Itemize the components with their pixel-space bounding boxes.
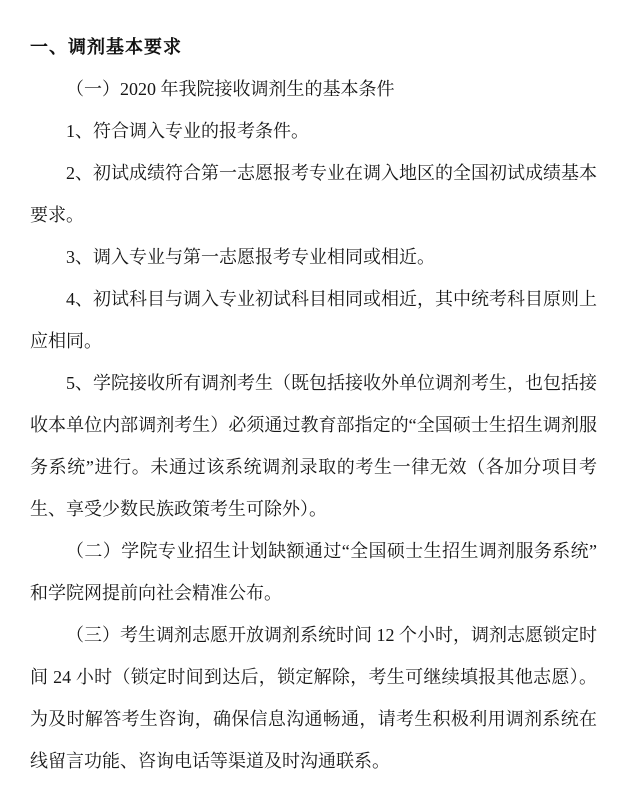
section-heading: 一、调剂基本要求 — [30, 26, 597, 68]
paragraph-item-5: 5、学院接收所有调剂考生（既包括接收外单位调剂考生，也包括接收本单位内部调剂考生… — [30, 362, 597, 530]
document-page: 一、调剂基本要求 （一）2020 年我院接收调剂生的基本条件 1、符合调入专业的… — [0, 0, 627, 805]
paragraph-item-4: 4、初试科目与调入专业初试科目相同或相近，其中统考科目原则上应相同。 — [30, 278, 597, 362]
paragraph-item-1: 1、符合调入专业的报考条件。 — [30, 110, 597, 152]
paragraph-basic-conditions-intro: （一）2020 年我院接收调剂生的基本条件 — [30, 68, 597, 110]
paragraph-section-2: （二）学院专业招生计划缺额通过“全国硕士生招生调剂服务系统”和学院网提前向社会精… — [30, 530, 597, 614]
paragraph-item-3: 3、调入专业与第一志愿报考专业相同或相近。 — [30, 236, 597, 278]
paragraph-item-2: 2、初试成绩符合第一志愿报考专业在调入地区的全国初试成绩基本要求。 — [30, 152, 597, 236]
paragraph-section-3: （三）考生调剂志愿开放调剂系统时间 12 个小时，调剂志愿锁定时间 24 小时（… — [30, 614, 597, 782]
